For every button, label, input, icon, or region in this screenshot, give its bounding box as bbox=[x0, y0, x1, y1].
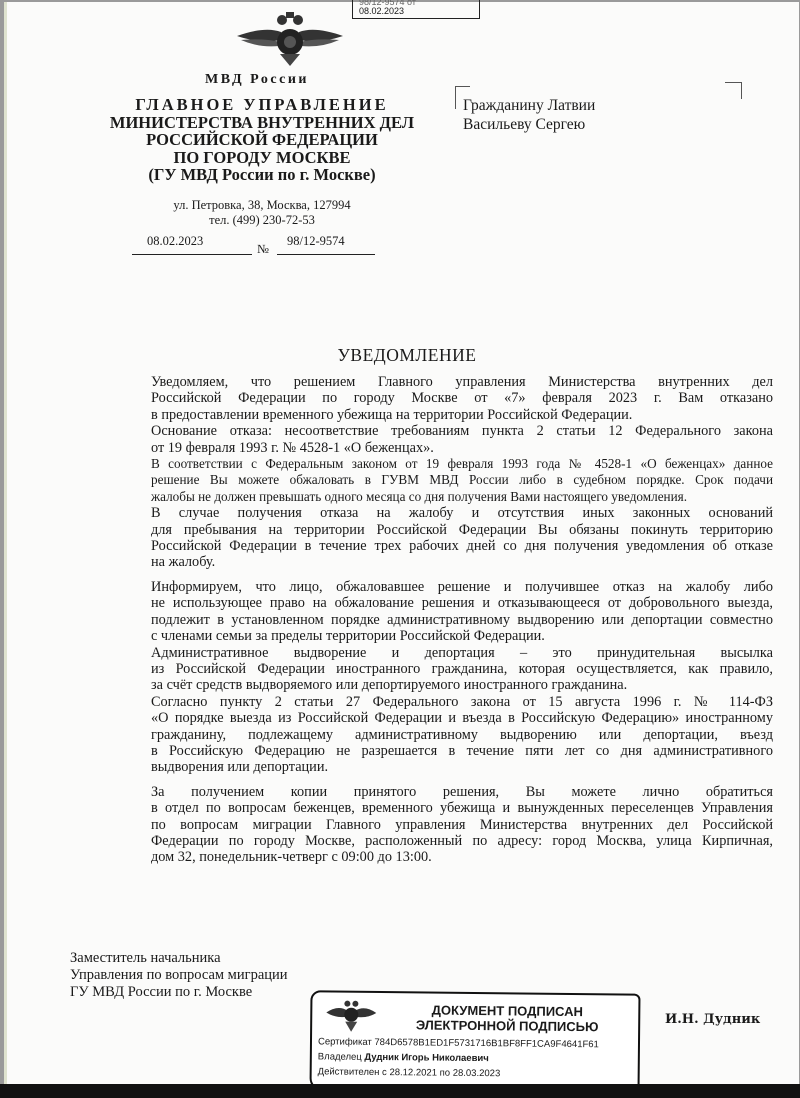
sender-address: ул. Петровка, 38, Москва, 127994 тел. (4… bbox=[97, 198, 427, 228]
paragraph: За получением копии принятого решения, В… bbox=[93, 784, 773, 866]
certificate-row: Сертификат 784D6578B1ED1F5731716B1BF8FF1… bbox=[318, 1036, 599, 1050]
position-line: ГУ МВД России по г. Москве bbox=[70, 984, 288, 1001]
electronic-signature-stamp: ДОКУМЕНТ ПОДПИСАН ЭЛЕКТРОННОЙ ПОДПИСЬЮ С… bbox=[309, 990, 640, 1093]
org-line: ПО ГОРОДУ МОСКВЕ bbox=[97, 149, 427, 167]
registration-stamp: 98/12-9574 от 08.02.2023 bbox=[352, 0, 480, 19]
paragraph: Основание отказа: несоответствие требова… bbox=[93, 423, 773, 456]
owner-value: Дудник Игорь Николаевич bbox=[364, 1052, 488, 1064]
paragraph: Согласно пункту 2 статьи 27 Федерального… bbox=[93, 694, 773, 776]
paragraph: В соответствии с Федеральным законом от … bbox=[93, 456, 773, 505]
mvd-emblem-icon bbox=[326, 998, 376, 1033]
esign-heading: ДОКУМЕНТ ПОДПИСАН ЭЛЕКТРОННОЙ ПОДПИСЬЮ bbox=[392, 1002, 622, 1034]
document-title: УВЕДОМЛЕНИЕ bbox=[7, 345, 800, 366]
stamp-date: 08.02.2023 bbox=[359, 7, 479, 16]
position-line: Управления по вопросам миграции bbox=[70, 967, 288, 984]
signer-name: И.Н. Дудник bbox=[665, 1012, 760, 1027]
owner-row: Владелец Дудник Игорь Николаевич bbox=[318, 1051, 489, 1064]
recipient-name: Васильеву Сергею bbox=[463, 115, 595, 134]
org-line: ГЛАВНОЕ УПРАВЛЕНИЕ bbox=[97, 96, 427, 114]
position-line: Заместитель начальника bbox=[70, 950, 288, 967]
sender-header: МВД России ГЛАВНОЕ УПРАВЛЕНИЕ МИНИСТЕРСТ… bbox=[97, 72, 427, 262]
owner-label: Владелец bbox=[318, 1051, 362, 1062]
org-line: (ГУ МВД России по г. Москве) bbox=[97, 166, 427, 184]
certificate-value: 784D6578B1ED1F5731716B1BF8FF1CA9F4641F61 bbox=[374, 1037, 599, 1050]
esign-heading-line: ЭЛЕКТРОННОЙ ПОДПИСЬЮ bbox=[392, 1017, 622, 1034]
paragraph: Уведомляем, что решением Главного управл… bbox=[93, 374, 773, 423]
organization-name: ГЛАВНОЕ УПРАВЛЕНИЕ МИНИСТЕРСТВА ВНУТРЕНН… bbox=[97, 96, 427, 184]
number-sign: № bbox=[257, 242, 269, 257]
validity-row: Действителен с 28.12.2021 по 28.03.2023 bbox=[318, 1066, 501, 1079]
registration-date: 08.02.2023 bbox=[147, 234, 203, 249]
paragraph: Административное выдворение и депортация… bbox=[93, 645, 773, 694]
org-line: МИНИСТЕРСТВА ВНУТРЕННИХ ДЕЛ bbox=[97, 114, 427, 132]
document-body: Уведомляем, что решением Главного управл… bbox=[93, 374, 773, 866]
phone-number: тел. (499) 230-72-53 bbox=[97, 213, 427, 228]
paragraph: Информируем, что лицо, обжаловавшее реше… bbox=[93, 579, 773, 645]
mvd-emblem-icon bbox=[235, 10, 345, 70]
document-page: 98/12-9574 от 08.02.2023 МВД России ГЛАВ… bbox=[4, 2, 799, 1084]
registration-line: 08.02.2023 № 98/12-9574 bbox=[97, 232, 427, 262]
number-underline bbox=[277, 254, 375, 255]
paragraph: В случае получения отказа на жалобу и от… bbox=[93, 505, 773, 571]
signatory-position: Заместитель начальника Управления по воп… bbox=[70, 950, 288, 1001]
org-line: РОССИЙСКОЙ ФЕДЕРАЦИИ bbox=[97, 131, 427, 149]
date-underline bbox=[132, 254, 252, 255]
recipient-block: Гражданину Латвии Васильеву Сергею bbox=[463, 96, 595, 134]
address-corner-mark bbox=[725, 82, 742, 99]
registration-number: 98/12-9574 bbox=[287, 234, 345, 249]
bottom-border bbox=[0, 1084, 800, 1098]
certificate-label: Сертификат bbox=[318, 1036, 372, 1048]
ministry-short-name: МВД России bbox=[87, 72, 427, 88]
street-address: ул. Петровка, 38, Москва, 127994 bbox=[97, 198, 427, 213]
recipient-line: Гражданину Латвии bbox=[463, 96, 595, 115]
